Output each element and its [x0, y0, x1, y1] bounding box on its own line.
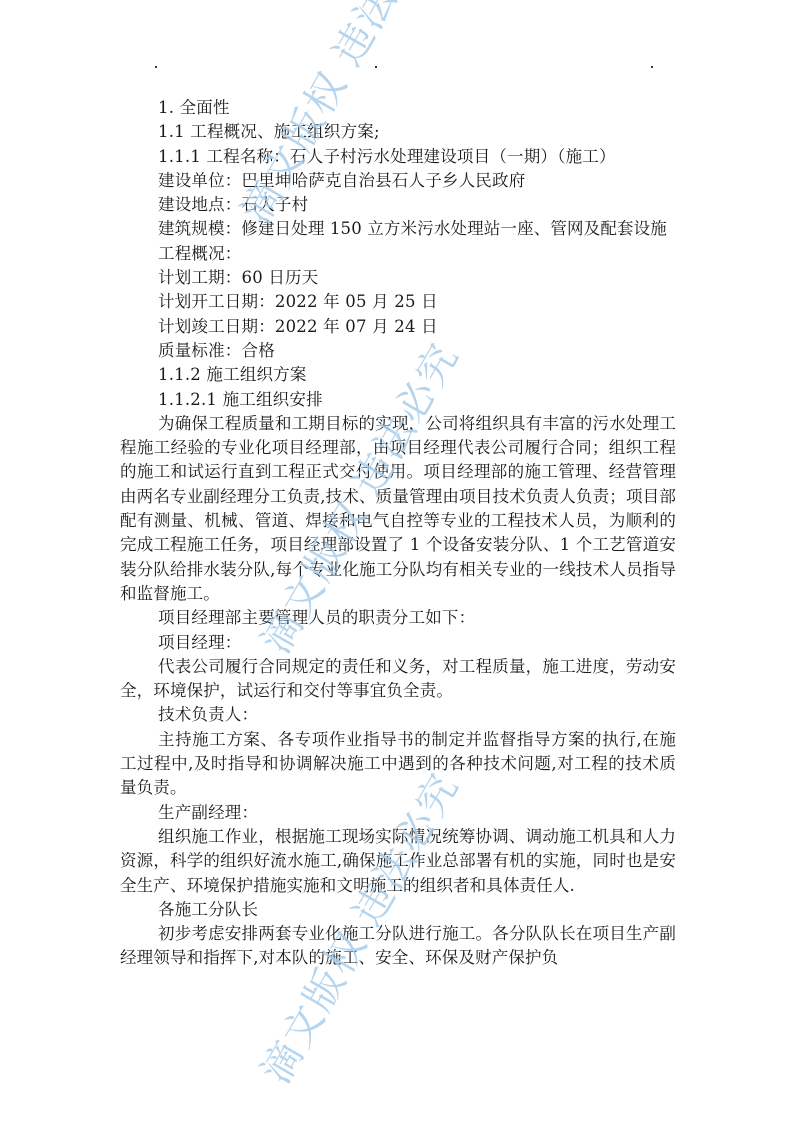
document-page: 1. 全面性 1.1 工程概况、施工组织方案; 1.1.1 工程名称：石人子村污…: [0, 0, 793, 1122]
document-body: 1. 全面性 1.1 工程概况、施工组织方案; 1.1.1 工程名称：石人子村污…: [120, 96, 676, 971]
organization-paragraph: 为确保工程质量和工期目标的实现，公司将组织具有丰富的污水处理工程施工经验的专业化…: [120, 412, 676, 606]
production-manager-text: 组织施工作业，根据施工现场实际情况统筹协调、调动施工机具和人力资源，科学的组织好…: [120, 825, 676, 898]
construction-scale: 建筑规模：修建日处理 150 立方米污水处理站一座、管网及配套设施: [120, 217, 676, 241]
construction-unit: 建设单位：巴里坤哈萨克自治县石人子乡人民政府: [120, 169, 676, 193]
header-mark: [155, 66, 157, 68]
production-manager-title: 生产副经理：: [120, 801, 676, 825]
project-overview-label: 工程概况：: [120, 242, 676, 266]
technical-lead-title: 技术负责人：: [120, 703, 676, 727]
planned-duration: 计划工期：60 日历天: [120, 266, 676, 290]
team-leader-text: 初步考虑安排两套专业化施工分队进行施工。各分队队长在项目生产副经理领导和指挥下,…: [120, 922, 676, 971]
quality-standard: 质量标准：合格: [120, 339, 676, 363]
heading-1-1-2: 1.1.2 施工组织方案: [120, 363, 676, 387]
planned-end-date: 计划竣工日期：2022 年 07 月 24 日: [120, 315, 676, 339]
heading-1-1-2-1: 1.1.2.1 施工组织安排: [120, 388, 676, 412]
heading-1: 1. 全面性: [120, 96, 676, 120]
heading-1-1: 1.1 工程概况、施工组织方案;: [120, 120, 676, 144]
planned-start-date: 计划开工日期：2022 年 05 月 25 日: [120, 290, 676, 314]
technical-lead-text: 主持施工方案、各专项作业指导书的制定并监督指导方案的执行,在施工过程中,及时指导…: [120, 728, 676, 801]
project-manager-title: 项目经理：: [120, 631, 676, 655]
duties-intro: 项目经理部主要管理人员的职责分工如下：: [120, 606, 676, 630]
team-leader-title: 各施工分队长: [120, 898, 676, 922]
project-name: 1.1.1 工程名称：石人子村污水处理建设项目（一期）（施工）: [120, 145, 676, 169]
construction-site: 建设地点：石人子村: [120, 193, 676, 217]
header-mark: [375, 66, 377, 68]
project-manager-text: 代表公司履行合同规定的责任和义务，对工程质量，施工进度，劳动安全，环境保护，试运…: [120, 655, 676, 704]
header-mark: [651, 66, 653, 68]
